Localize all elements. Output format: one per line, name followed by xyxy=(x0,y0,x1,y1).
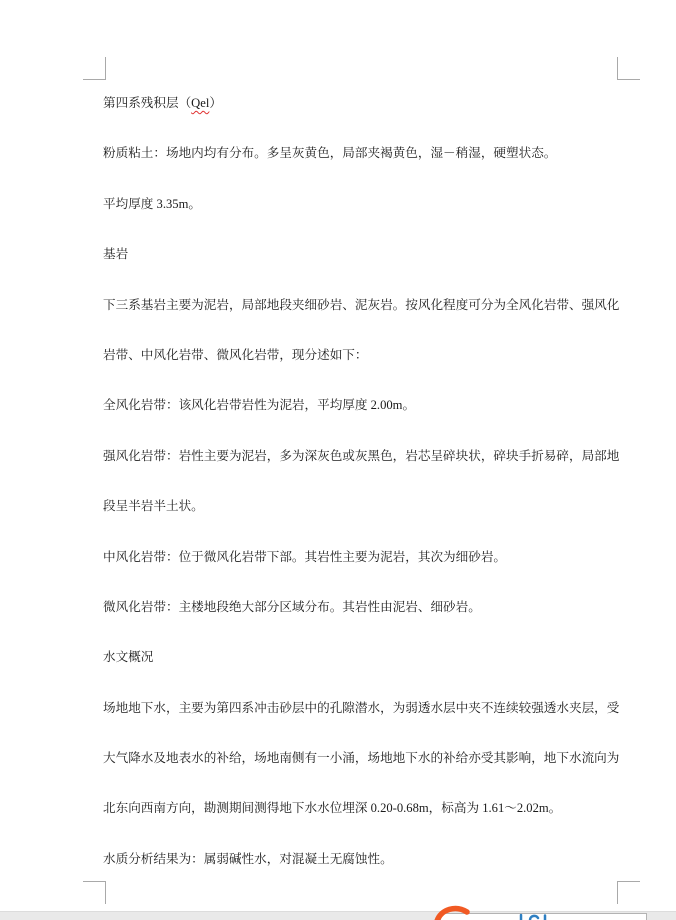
text-line: 微风化岩带：主楼地段绝大部分区域分布。其岩性由泥岩、细砂岩。 xyxy=(103,582,623,632)
heading-code-misspelled: Qel xyxy=(191,96,209,110)
document-text-block: 第四系残积层（Qel） 粉质粘土：场地内均有分布。多呈灰黄色，局部夹褐黄色，湿－… xyxy=(103,78,623,884)
text-line: 岩带、中风化岩带、微风化岩带，现分述如下： xyxy=(103,330,623,380)
text-line: 粉质粘土：场地内均有分布。多呈灰黄色，局部夹褐黄色，湿－稍湿，硬塑状态。 xyxy=(103,128,623,178)
watermark-logo[interactable] xyxy=(432,902,662,920)
margin-mark-bottom-left xyxy=(83,881,106,904)
heading-text-prefix: 第四系残积层（ xyxy=(103,96,191,110)
margin-mark-top-left xyxy=(83,57,106,80)
text-line: 平均厚度 3.35m。 xyxy=(103,179,623,229)
heading-text-suffix: ） xyxy=(209,96,222,110)
text-line: 大气降水及地表水的补给，场地南侧有一小涌，场地地下水的补给亦受其影响，地下水流向… xyxy=(103,733,623,783)
text-line: 强风化岩带：岩性主要为泥岩，多为深灰色或灰黑色，岩芯呈碎块状，碎块手折易碎，局部… xyxy=(103,431,623,481)
text-line: 北东向西南方向，勘测期间测得地下水水位埋深 0.20-0.68m，标高为 1.6… xyxy=(103,783,623,833)
text-line: 全风化岩带：该风化岩带岩性为泥岩，平均厚度 2.00m。 xyxy=(103,380,623,430)
text-line: 水质分析结果为：属弱碱性水，对混凝土无腐蚀性。 xyxy=(103,834,623,884)
watermark-card xyxy=(441,914,647,920)
text-line: 场地地下水，主要为第四系冲击砂层中的孔隙潜水，为弱透水层中夹不连续较强透水夹层，… xyxy=(103,683,623,733)
text-line: 水文概况 xyxy=(103,632,623,682)
margin-mark-bottom-right xyxy=(617,881,640,904)
heading-line: 第四系残积层（Qel） xyxy=(103,78,623,128)
text-line: 基岩 xyxy=(103,229,623,279)
document-page: 第四系残积层（Qel） 粉质粘土：场地内均有分布。多呈灰黄色，局部夹褐黄色，湿－… xyxy=(0,0,676,920)
margin-mark-top-right xyxy=(617,57,640,80)
text-line: 段呈半岩半土状。 xyxy=(103,481,623,531)
text-line: 中风化岩带：位于微风化岩带下部。其岩性主要为泥岩，其次为细砂岩。 xyxy=(103,532,623,582)
text-line: 下三系基岩主要为泥岩，局部地段夹细砂岩、泥灰岩。按风化程度可分为全风化岩带、强风… xyxy=(103,280,623,330)
